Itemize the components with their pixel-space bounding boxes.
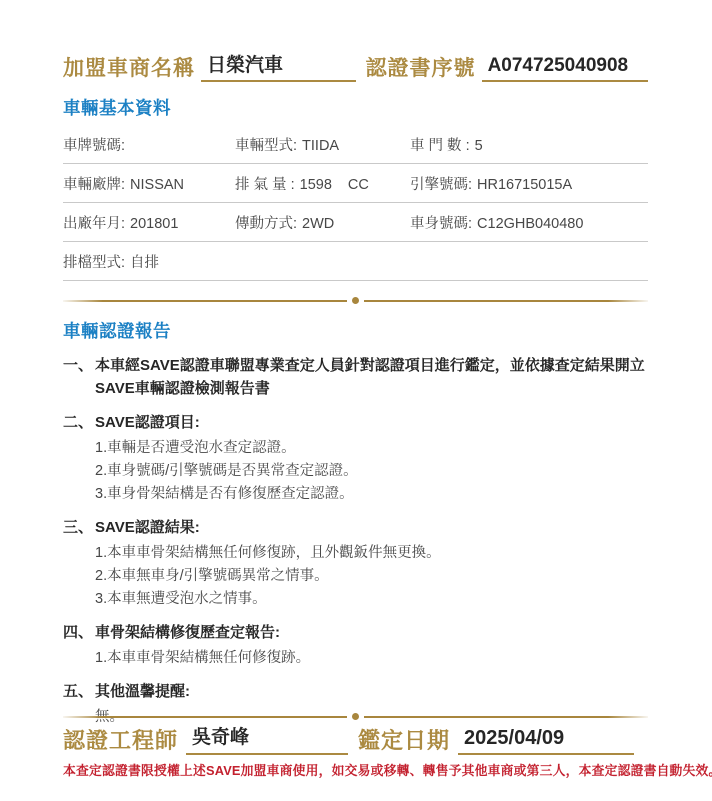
report-sub-item: 1.車輛是否遭受泡水查定認證。 xyxy=(95,437,648,459)
vin-cell: 車身號碼:C12GHB040480 xyxy=(410,212,648,233)
door-count-cell: 車 門 數 :5 xyxy=(410,134,648,155)
report-sub-item: 1.本車車骨架結構無任何修復跡。 xyxy=(95,647,648,669)
item-number: 四、 xyxy=(63,621,95,644)
report-sub-item: 2.車身號碼/引擎號碼是否異常查定認證。 xyxy=(95,460,648,482)
divider-dot-icon xyxy=(352,297,359,304)
certificate-header: 加盟車商名稱 日榮汽車 認證書序號 A074725040908 xyxy=(63,52,648,82)
item-title-line2: SAVE車輛認證檢測報告書 xyxy=(95,377,648,400)
report-sub-item: 3.車身骨架結構是否有修復歷查定認證。 xyxy=(95,483,648,505)
certificate-footer: 認證工程師 吳奇峰 鑑定日期 2025/04/09 本查定認證書限授權上述SAV… xyxy=(63,697,648,779)
table-row: 車牌號碼: 車輛型式:TIIDA 車 門 數 :5 xyxy=(63,125,648,164)
drivetrain-cell: 傳動方式:2WD xyxy=(235,212,410,233)
plate-number-cell: 車牌號碼: xyxy=(63,134,235,155)
item-number: 二、 xyxy=(63,411,95,434)
displacement-unit: CC xyxy=(348,177,369,193)
item-title: SAVE認證項目: xyxy=(95,411,648,434)
report-item-3: 三、 SAVE認證結果: 1.本車車骨架結構無任何修復跡，且外觀鈑件無更換。 2… xyxy=(63,516,648,610)
engineer-value: 吳奇峰 xyxy=(186,726,348,755)
displacement-cell: 排 氣 量 :1598CC xyxy=(235,173,410,194)
item-title: 車骨架結構修復歷查定報告: xyxy=(95,621,648,644)
table-row: 出廠年月:201801 傳動方式:2WD 車身號碼:C12GHB040480 xyxy=(63,203,648,242)
report-item-4: 四、 車骨架結構修復歷查定報告: 1.本車車骨架結構無任何修復跡。 xyxy=(63,621,648,669)
manufacture-date-cell: 出廠年月:201801 xyxy=(63,212,235,233)
report-sub-item: 1.本車車骨架結構無任何修復跡，且外觀鈑件無更換。 xyxy=(95,542,648,564)
engineer-label: 認證工程師 xyxy=(63,724,178,755)
section-divider xyxy=(63,297,648,305)
disclaimer-text: 本查定認證書限授權上述SAVE加盟車商使用，如交易或移轉、轉售予其他車商或第三人… xyxy=(63,760,648,779)
brand-cell: 車輛廠牌:NISSAN xyxy=(63,173,235,194)
engineer-name-text: 吳奇峰 xyxy=(192,727,249,748)
appraisal-date-text: 2025/04/09 xyxy=(464,727,564,749)
report-sub-item: 3.本車無遭受泡水之情事。 xyxy=(95,588,648,610)
cert-no-value: A074725040908 xyxy=(482,54,648,82)
certification-report: 一、 本車經SAVE認證車聯盟專業查定人員針對認證項目進行鑑定，並依據查定結果開… xyxy=(63,354,648,728)
item-number: 一、 xyxy=(63,354,95,400)
basic-info-title: 車輛基本資料 xyxy=(63,95,648,120)
appraisal-date-value: 2025/04/09 xyxy=(458,726,634,755)
basic-info-table: 車牌號碼: 車輛型式:TIIDA 車 門 數 :5 車輛廠牌:NISSAN 排 … xyxy=(63,125,648,281)
report-title: 車輛認證報告 xyxy=(63,318,648,343)
model-cell: 車輛型式:TIIDA xyxy=(235,134,410,155)
report-item-1: 一、 本車經SAVE認證車聯盟專業查定人員針對認證項目進行鑑定，並依據查定結果開… xyxy=(63,354,648,400)
divider-dot-icon xyxy=(352,713,359,720)
cert-no-text: A074725040908 xyxy=(488,55,629,76)
report-sub-item: 2.本車無車身/引擎號碼異常之情事。 xyxy=(95,565,648,587)
cert-no-label: 認證書序號 xyxy=(366,52,476,82)
item-title-line1: 本車經SAVE認證車聯盟專業查定人員針對認證項目進行鑑定，並依據查定結果開立 xyxy=(95,354,648,377)
dealer-name-text: 日榮汽車 xyxy=(207,55,283,76)
report-item-2: 二、 SAVE認證項目: 1.車輛是否遭受泡水查定認證。 2.車身號碼/引擎號碼… xyxy=(63,411,648,505)
certificate-page: 加盟車商名稱 日榮汽車 認證書序號 A074725040908 車輛基本資料 車… xyxy=(0,0,712,801)
appraisal-date-label: 鑑定日期 xyxy=(358,724,450,755)
table-row: 車輛廠牌:NISSAN 排 氣 量 :1598CC 引擎號碼:HR1671501… xyxy=(63,164,648,203)
transmission-cell: 排檔型式:自排 xyxy=(63,251,235,272)
dealer-name-label: 加盟車商名稱 xyxy=(63,52,195,82)
dealer-name-value: 日榮汽車 xyxy=(201,54,356,82)
item-number: 三、 xyxy=(63,516,95,539)
engine-number-cell: 引擎號碼:HR16715015A xyxy=(410,173,648,194)
table-row: 排檔型式:自排 xyxy=(63,242,648,281)
footer-divider xyxy=(63,713,648,721)
item-title: SAVE認證結果: xyxy=(95,516,648,539)
